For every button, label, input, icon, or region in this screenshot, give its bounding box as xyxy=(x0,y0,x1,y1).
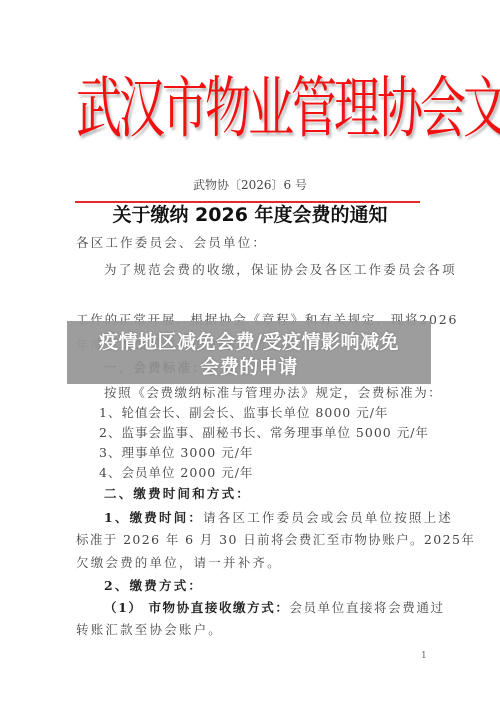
pay-time-line-2: 标准于 2026 年 6 月 30 日前将会费汇至市物协账户。2025年 xyxy=(76,531,475,549)
pay-time-line-3: 欠缴会费的单位，请一并补齐。 xyxy=(76,554,282,572)
direct-label: （1） 市物协直接收缴方式： xyxy=(104,600,289,615)
direct-line-1: 会员单位直接将会费通过 xyxy=(289,600,444,615)
pay-time-label: 1、缴费时间： xyxy=(104,510,203,525)
direct-line-2: 转账汇款至协会账户。 xyxy=(76,621,223,639)
pay-way-heading: 2、缴费方式： xyxy=(104,577,203,595)
direct-paragraph: （1） 市物协直接收缴方式：会员单位直接将会费通过 xyxy=(104,599,445,617)
greeting: 各区工作委员会、会员单位： xyxy=(76,234,267,252)
document-number: 武物协〔2026〕6 号 xyxy=(0,176,500,193)
section-2-heading: 二、缴费时间和方式： xyxy=(104,485,251,503)
intro-line-1: 为了规范会费的收缴，保证协会及各区工作委员会各项 xyxy=(104,261,457,279)
fee-item-4: 4、会员单位 2000 元/年 xyxy=(99,464,253,482)
fee-item-1: 1、轮值会长、副会长、监事长单位 8000 元/年 xyxy=(99,404,388,422)
fee-item-2: 2、监事会监事、副秘书长、常务理事单位 5000 元/年 xyxy=(99,424,429,442)
notice-title: 关于缴纳 2026 年度会费的通知 xyxy=(0,200,500,227)
pay-time-line-1: 请各区工作委员会或会员单位按照上述 xyxy=(203,510,453,525)
pay-time-paragraph: 1、缴费时间：请各区工作委员会或会员单位按照上述 xyxy=(104,509,453,527)
fee-item-3: 3、理事单位 3000 元/年 xyxy=(99,444,253,462)
standard-intro: 按照《会费缴纳标准与管理办法》规定，会费标准为： xyxy=(104,384,442,402)
page-number: 1 xyxy=(421,651,427,661)
overlay-caption-line-1: 疫情地区减免会费/受疫情影响减免 xyxy=(67,327,431,354)
masthead-title: 武汉市物业管理协会文件 xyxy=(76,47,422,169)
overlay-caption-line-2: 会费的申请 xyxy=(67,352,431,379)
